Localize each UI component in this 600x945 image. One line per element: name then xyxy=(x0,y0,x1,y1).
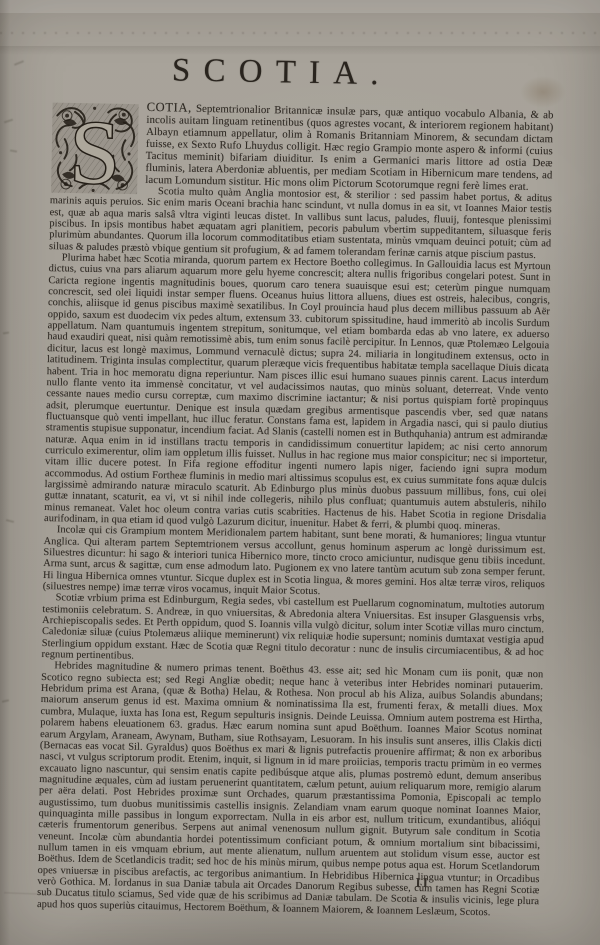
body-paragraph-4: Incolæ qui cis Grampium montem Meridiona… xyxy=(43,524,546,601)
ink-showthrough xyxy=(10,149,17,152)
drop-cap-initial-icon: S xyxy=(50,101,140,196)
paper-left-edge xyxy=(0,0,10,945)
body-paragraph-3: Plurima habet hæc Scotia miranda, quorum… xyxy=(44,252,551,533)
paper-crease xyxy=(0,32,600,34)
page-content: SCOTIA. xyxy=(37,50,555,919)
lead-word: COTIA, xyxy=(147,100,192,115)
body-paragraph-2: Scotia multo quàm Anglia montosior est, … xyxy=(49,184,552,261)
paragraph-1-text: Septemtrionalior Britannicæ insulæ pars,… xyxy=(145,103,553,193)
drop-cap-letter: S xyxy=(69,103,121,196)
book-page-photo: SCOTIA. xyxy=(0,0,600,945)
ink-showthrough xyxy=(14,60,24,66)
page-title: SCOTIA. xyxy=(52,50,499,95)
paper-top-edge xyxy=(0,0,600,13)
body-paragraph-6: Hebrides magnitudine & numero primas ten… xyxy=(37,660,543,919)
body-paragraph-5: Scotiæ vrbium prima est Edinburgum, Regi… xyxy=(41,592,544,669)
body-text: S COTIA, Septemtrionalior Britannicæ ins… xyxy=(37,99,554,919)
page-number: II xyxy=(415,875,430,891)
